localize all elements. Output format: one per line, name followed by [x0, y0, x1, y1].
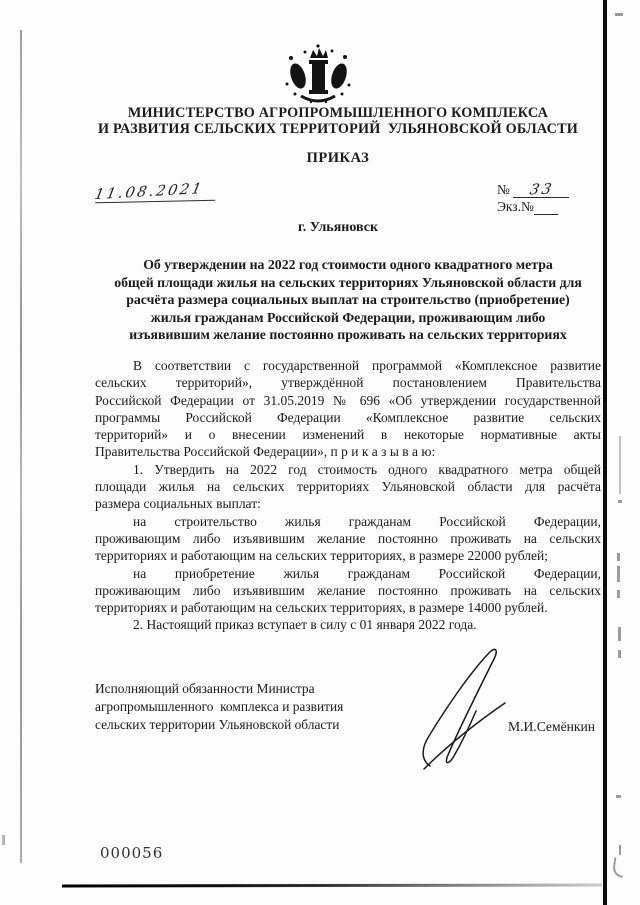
scan-speck	[617, 566, 620, 582]
order-title-line: расчёта размера социальных выплат на стр…	[95, 291, 601, 309]
body-line: Правительства Российской Федерации», п р…	[95, 443, 601, 460]
order-date-handwritten: 11.08.2021	[95, 182, 215, 204]
body-line: В соответствии с государственной програм…	[95, 357, 601, 374]
body-line: проживающим либо изъявившим желание пост…	[95, 582, 601, 599]
body-line: программы Российской Федерации «Комплекс…	[95, 409, 601, 426]
order-title-line: Об утверждении на 2022 год стоимости одн…	[95, 256, 601, 274]
handwritten-signature-icon	[418, 645, 510, 770]
body-line: Российской Федерации от 31.05.2019 № 696…	[95, 392, 601, 409]
copy-number-row: Экз.№	[497, 199, 558, 215]
order-date-value: 11.08.2021	[93, 181, 205, 203]
body-line: сельских территорий», утверждённой поста…	[95, 374, 601, 391]
document-type-heading: ПРИКАЗ	[60, 150, 616, 167]
ministry-name: МИНИСТЕРСТВО АГРОПРОМЫШЛЕННОГО КОМПЛЕКСА…	[60, 106, 616, 138]
body-line: территориях и работающим на сельских тер…	[95, 547, 601, 564]
number-label: №	[497, 182, 510, 197]
copy-number-blank	[534, 201, 558, 215]
scan-speck	[615, 13, 623, 16]
scan-speck	[617, 553, 620, 561]
order-number-row: № 33	[497, 182, 569, 198]
ministry-name-line1: МИНИСТЕРСТВО АГРОПРОМЫШЛЕННОГО КОМПЛЕКСА	[60, 106, 616, 122]
order-title-line: изъявившим желание постоянно проживать н…	[95, 326, 601, 344]
city-line: г. Ульяновск	[60, 220, 616, 236]
signer-position-line: сельских территории Ульяновской области	[95, 716, 385, 734]
signer-position: Исполняющий обязанности Министра агропро…	[95, 680, 385, 733]
order-body: В соответствии с государственной програм…	[95, 357, 601, 634]
signer-position-line: Исполняющий обязанности Министра	[95, 680, 385, 698]
scan-speck	[617, 590, 620, 598]
scan-speck	[619, 436, 621, 494]
scan-speck	[616, 795, 621, 798]
body-line: площади жилья на сельских территориях Ул…	[95, 478, 601, 495]
body-line: проживающим либо изъявившим желание пост…	[95, 530, 601, 547]
order-title-line: жилья гражданам Российской Федерации, пр…	[95, 309, 601, 327]
signer-name: М.И.Семёнкин	[508, 719, 595, 735]
scan-speck	[618, 500, 622, 503]
scan-speck	[619, 845, 621, 855]
bottom-scan-edge-line	[62, 884, 602, 888]
copy-label: Экз.№	[497, 199, 534, 214]
scan-speck	[618, 627, 621, 641]
scan-speck	[618, 650, 621, 658]
order-number-value: 33	[528, 182, 555, 199]
body-line: территориях и работающим на сельских тер…	[95, 599, 601, 616]
order-number-handwritten: 33	[513, 182, 569, 198]
scan-hook-mark	[612, 857, 626, 877]
ministry-name-line2: И РАЗВИТИЯ СЕЛЬСКИХ ТЕРРИТОРИЙ УЛЬЯНОВСК…	[60, 122, 616, 138]
body-line: территорий» и о внесении изменений в нек…	[95, 426, 601, 443]
scan-speck	[2, 835, 5, 845]
order-title-line: общей площади жилья на сельских территор…	[95, 274, 601, 292]
coat-of-arms-icon	[283, 44, 353, 106]
left-scan-edge-line	[20, 30, 22, 863]
registration-stamp-number: 000056	[100, 844, 163, 862]
scanned-order-page: МИНИСТЕРСТВО АГРОПРОМЫШЛЕННОГО КОМПЛЕКСА…	[0, 0, 640, 905]
signer-position-line: агропромышленного комплекса и развития	[95, 698, 385, 716]
body-line: 1. Утвердить на 2022 год стоимость одног…	[95, 461, 601, 478]
body-line: на строительство жилья гражданам Российс…	[95, 513, 601, 530]
body-line: 2. Настоящий приказ вступает в силу с 01…	[95, 616, 601, 633]
body-line: на приобретение жилья гражданам Российск…	[95, 565, 601, 582]
body-line: размера социальных выплат:	[95, 495, 601, 512]
order-title: Об утверждении на 2022 год стоимости одн…	[95, 256, 601, 344]
